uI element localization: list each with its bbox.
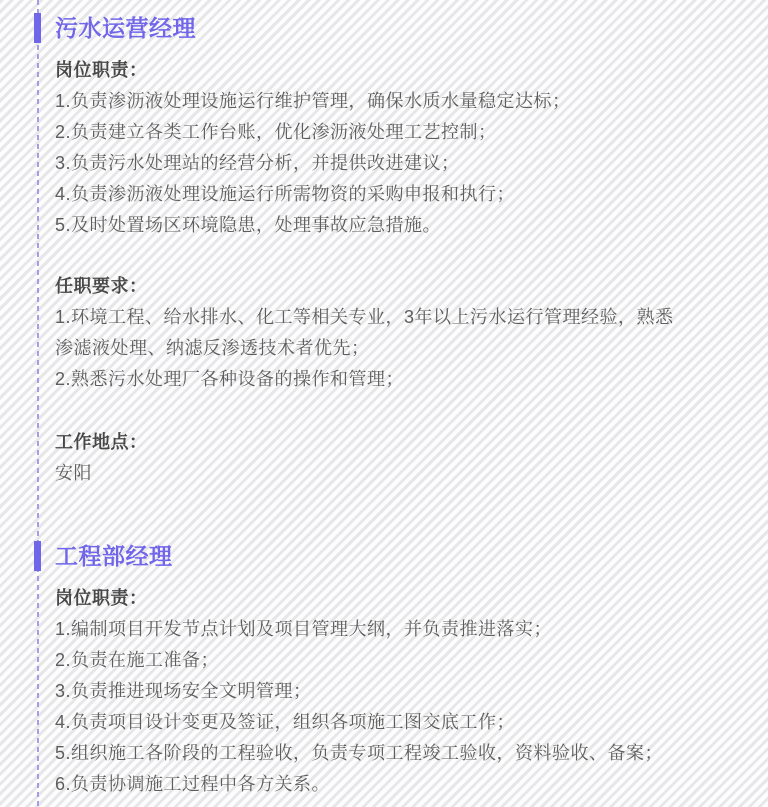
section-duties: 岗位职责： 1.负责渗沥液处理设施运行维护管理，确保水质水量稳定达标； 2.负责… bbox=[55, 55, 740, 241]
accent-bar-icon bbox=[34, 13, 41, 43]
duty-item: 1.负责渗沥液处理设施运行维护管理，确保水质水量稳定达标； bbox=[55, 86, 740, 117]
duty-item: 1.编制项目开发节点计划及项目管理大纲，并负责推进落实； bbox=[55, 614, 740, 645]
section-requirements: 任职要求： 1.环境工程、给水排水、化工等相关专业，3年以上污水运行管理经验，熟… bbox=[55, 271, 740, 395]
duty-item: 4.负责项目设计变更及签证，组织各项施工图交底工作； bbox=[55, 707, 740, 738]
section-duties: 岗位职责： 1.编制项目开发节点计划及项目管理大纲，并负责推进落实； 2.负责在… bbox=[55, 583, 740, 800]
job-section-engineering-dept-manager: 工程部经理 岗位职责： 1.编制项目开发节点计划及项目管理大纲，并负责推进落实；… bbox=[55, 541, 740, 800]
duty-item: 6.负责协调施工过程中各方关系。 bbox=[55, 769, 740, 800]
accent-bar-icon bbox=[34, 541, 41, 571]
job-header: 工程部经理 bbox=[55, 541, 740, 571]
section-work-location: 工作地点： 安阳 bbox=[55, 427, 740, 489]
duty-item: 5.组织施工各阶段的工程验收，负责专项工程竣工验收，资料验收、备案； bbox=[55, 738, 740, 769]
requirement-item: 1.环境工程、给水排水、化工等相关专业，3年以上污水运行管理经验，熟悉 渗滤液处… bbox=[55, 302, 740, 364]
job-postings-page: 污水运营经理 岗位职责： 1.负责渗沥液处理设施运行维护管理，确保水质水量稳定达… bbox=[0, 0, 768, 807]
duty-item: 2.负责在施工准备； bbox=[55, 645, 740, 676]
job-header: 污水运营经理 bbox=[55, 13, 740, 43]
duty-item: 3.负责推进现场安全文明管理； bbox=[55, 676, 740, 707]
work-location-value: 安阳 bbox=[55, 458, 740, 489]
duty-item: 3.负责污水处理站的经营分析，并提供改进建议； bbox=[55, 148, 740, 179]
section-heading: 工作地点： bbox=[55, 427, 740, 458]
duty-item: 5.及时处置场区环境隐患，处理事故应急措施。 bbox=[55, 210, 740, 241]
duty-item: 2.负责建立各类工作台账，优化渗沥液处理工艺控制； bbox=[55, 117, 740, 148]
section-heading: 岗位职责： bbox=[55, 55, 740, 86]
section-heading: 任职要求： bbox=[55, 271, 740, 302]
duty-item: 4.负责渗沥液处理设施运行所需物资的采购申报和执行； bbox=[55, 179, 740, 210]
job-title: 污水运营经理 bbox=[55, 13, 196, 43]
requirement-item: 2.熟悉污水处理厂各种设备的操作和管理； bbox=[55, 364, 740, 395]
job-section-sewage-operations-manager: 污水运营经理 岗位职责： 1.负责渗沥液处理设施运行维护管理，确保水质水量稳定达… bbox=[55, 13, 740, 489]
section-heading: 岗位职责： bbox=[55, 583, 740, 614]
job-title: 工程部经理 bbox=[55, 541, 173, 571]
